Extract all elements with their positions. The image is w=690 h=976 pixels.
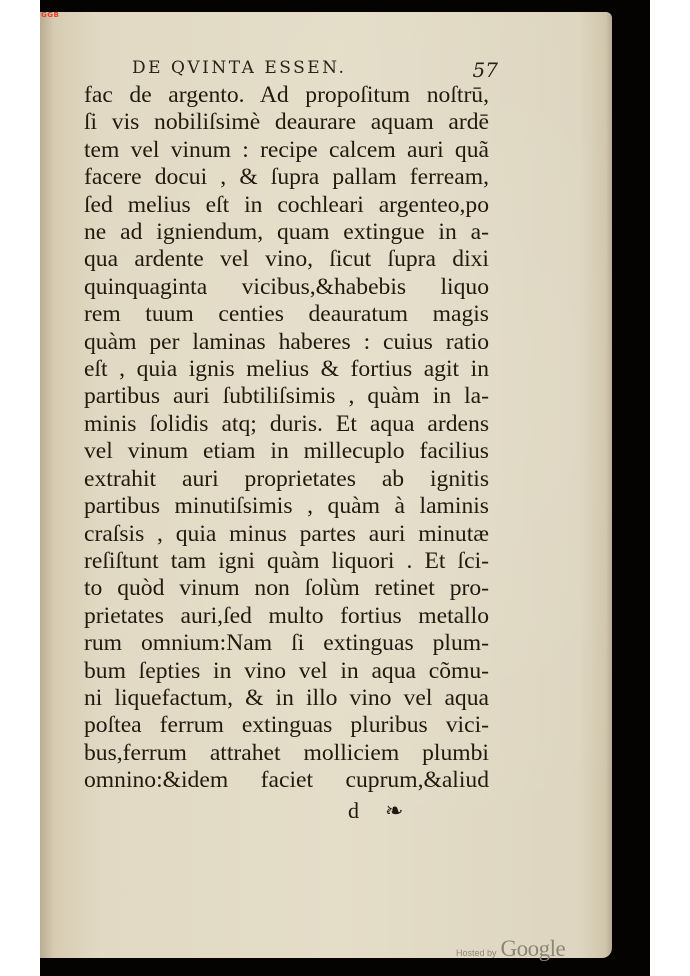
page-number: 57	[473, 58, 498, 82]
text-line: rum omnium:Nam ſi extinguas plum-	[84, 630, 489, 657]
text-line: tem vel vinum : recipe calcem auri quã	[84, 137, 489, 164]
text-line: extrahit auri proprietates ab ignitis	[84, 466, 489, 493]
text-line: prietates auri,ſed multo fortius metallo	[84, 603, 489, 630]
text-line: craſsis , quia minus partes auri minutæ	[84, 521, 489, 548]
fleuron-icon: ❧	[385, 798, 403, 824]
text-line: minis ſolidis atq; duris. Et aqua ardens	[84, 411, 489, 438]
text-line: ni liquefactum, & in illo vino vel aqua	[84, 685, 489, 712]
text-line: partibus minutiſsimis , quàm à laminis	[84, 493, 489, 520]
body-text: fac de argento. Ad propoſitum noſtrū, ſi…	[84, 82, 489, 795]
hosted-by-label: Hosted by	[456, 948, 497, 958]
text-line: rem tuum centies deauratum magis	[84, 301, 489, 328]
text-line: bus,ferrum attrahet molliciem plumbi	[84, 740, 489, 767]
signature-footer: d ❧	[348, 798, 403, 824]
running-head: DE QVINTA ESSEN. 57	[132, 58, 492, 82]
text-line: partibus auri ſubtiliſsimis , quàm in la…	[84, 383, 489, 410]
text-line: bum ſepties in vino vel in aqua cõmu-	[84, 658, 489, 685]
text-line: omnino:&idem faciet cuprum,&aliud	[84, 767, 489, 794]
google-watermark: Hosted by Google	[456, 936, 565, 962]
text-line: vel vinum etiam in millecuplo facilius	[84, 438, 489, 465]
text-line: eſt , quia ignis melius & fortius agit i…	[84, 356, 489, 383]
scan-marker-label: GGB	[41, 11, 59, 19]
text-line: quàm per laminas haberes : cuius ratio	[84, 329, 489, 356]
text-line: facere docui , & ſupra pallam ferream,	[84, 164, 489, 191]
text-line: qua ardente vel vino, ſicut ſupra dixi	[84, 246, 489, 273]
signature-mark: d	[348, 798, 359, 824]
text-line: ſi vis nobiliſsimè deaurare aquam ardē	[84, 109, 489, 136]
text-line: ſed melius eſt in cochleari argenteo,po	[84, 192, 489, 219]
text-line: quinquaginta vicibus,&habebis liquo	[84, 274, 489, 301]
running-head-title: DE QVINTA ESSEN.	[132, 58, 346, 82]
text-line: ne ad igniendum, quam extingue in a-	[84, 219, 489, 246]
text-line: to quòd vinum non ſolùm retinet pro-	[84, 575, 489, 602]
text-line: fac de argento. Ad propoſitum noſtrū,	[84, 82, 489, 109]
google-logo: Google	[501, 936, 566, 962]
text-line: poſtea ferrum extinguas pluribus vici-	[84, 712, 489, 739]
text-line: reſiſtunt tam igni quàm liquori . Et ſci…	[84, 548, 489, 575]
